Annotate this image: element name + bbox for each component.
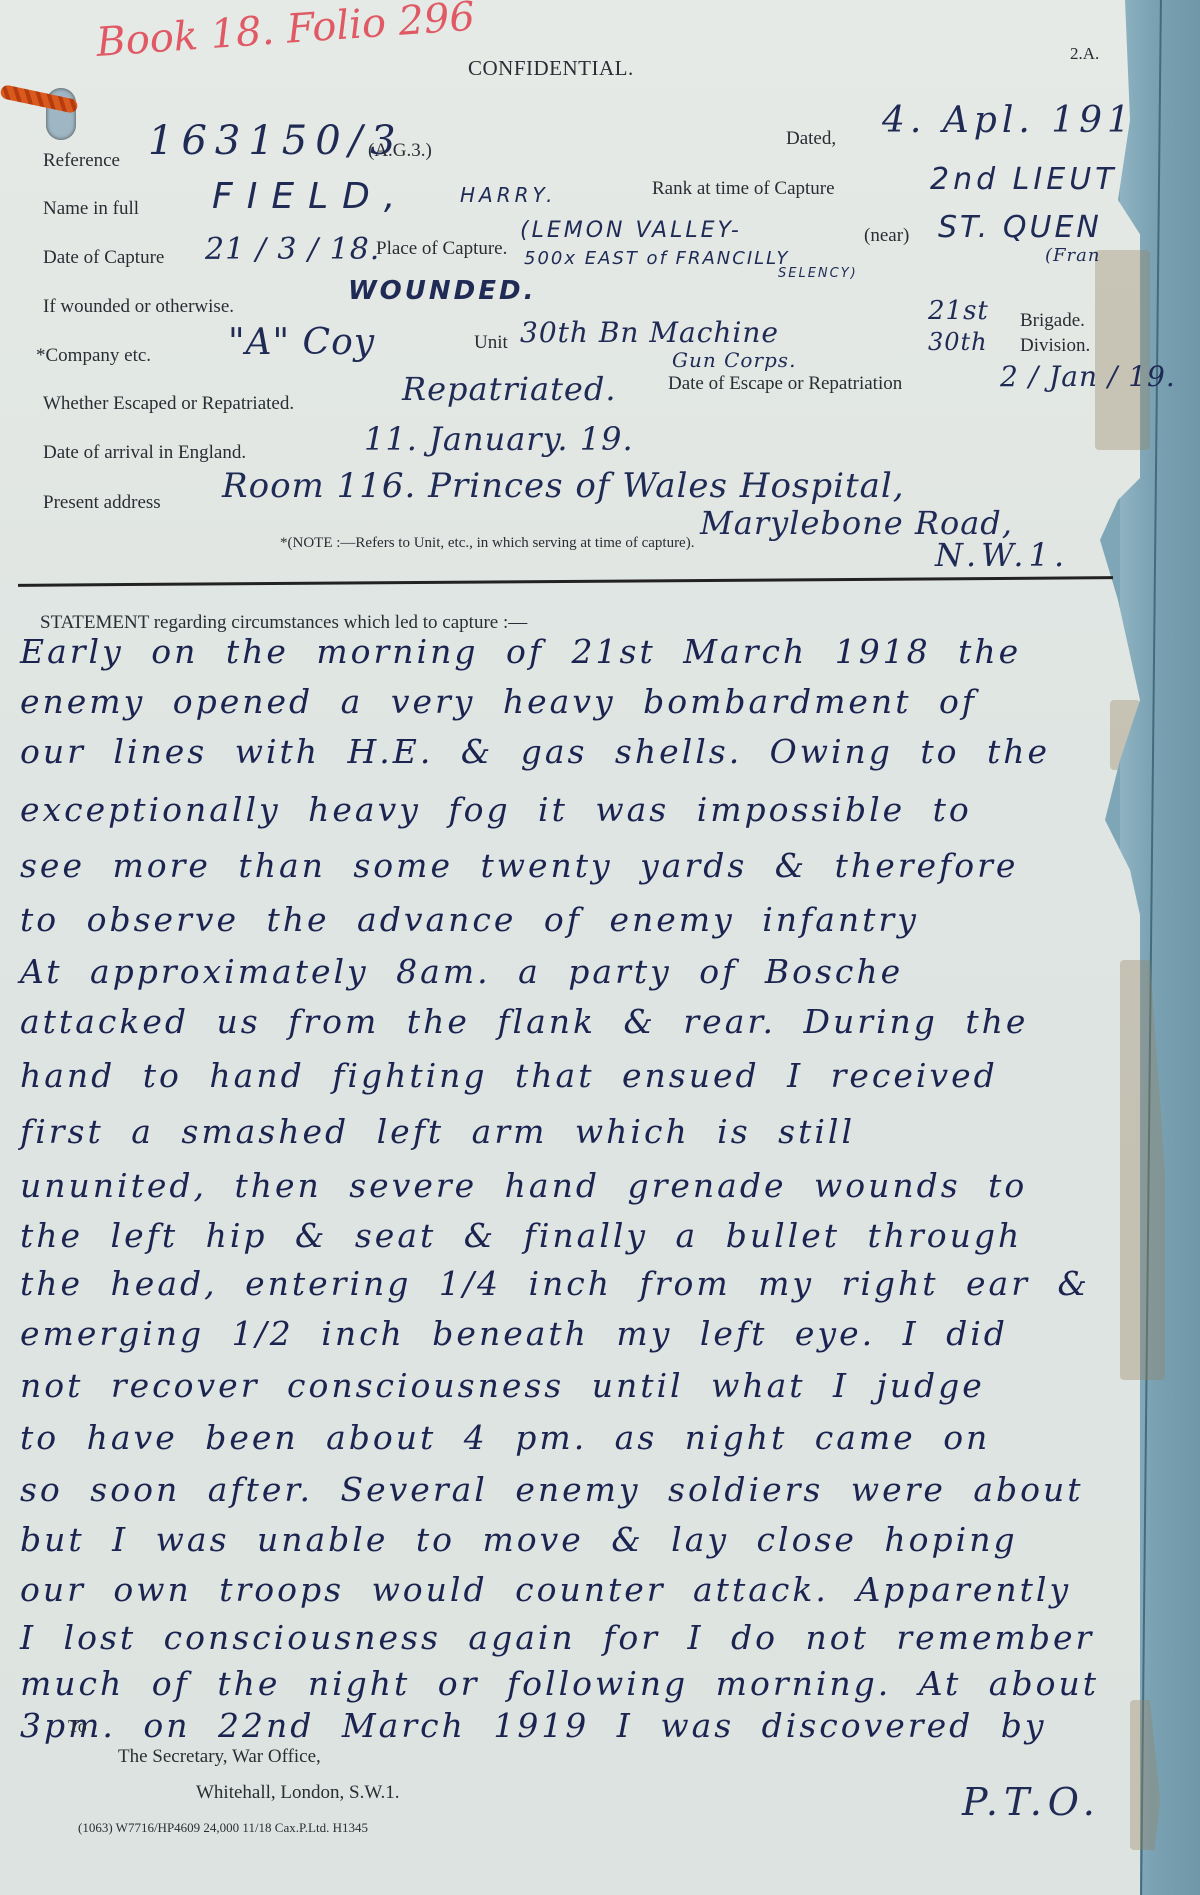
escaped-value: Repatriated.: [402, 370, 617, 408]
statement-line: so soon after. Several enemy soldiers we…: [20, 1470, 1084, 1509]
statement-line: hand to hand fighting that ensued I rece…: [20, 1056, 998, 1095]
statement-line: the head, entering 1/4 inch from my righ…: [20, 1264, 1090, 1303]
place-of-capture-label: Place of Capture.: [376, 238, 507, 260]
brigade-label: Brigade.: [1020, 310, 1085, 332]
name-label: Name in full: [43, 198, 139, 220]
near-value: ST. QUEN: [938, 210, 1102, 245]
reference-label: Reference: [43, 150, 120, 172]
escaped-label: Whether Escaped or Repatriated.: [43, 393, 294, 415]
wounded-value: WOUNDED.: [348, 276, 536, 306]
unit-line-1: 30th Bn Machine: [520, 316, 779, 349]
statement-line: Early on the morning of 21st March 1918 …: [20, 632, 1021, 671]
address-line-3: N.W.1.: [935, 536, 1069, 574]
statement-line: our lines with H.E. & gas shells. Owing …: [20, 732, 1050, 771]
statement-line: exceptionally heavy fog it was impossibl…: [20, 790, 972, 829]
statement-line: much of the night or following morning. …: [20, 1664, 1099, 1703]
address-label: Present address: [43, 492, 161, 514]
statement-line: 3pm. on 22nd March 1919 I was discovered…: [20, 1706, 1047, 1745]
arrival-label: Date of arrival in England.: [43, 442, 246, 464]
date-of-capture-label: Date of Capture: [43, 247, 164, 269]
reference-value: 163150/3: [148, 118, 404, 164]
near-label: (near): [864, 225, 909, 247]
statement-heading: STATEMENT regarding circumstances which …: [40, 612, 527, 634]
date-of-capture-value: 21 / 3 / 18.: [205, 232, 380, 267]
statement-line: see more than some twenty yards & theref…: [20, 846, 1018, 885]
reference-suffix: (A.G.3.): [368, 140, 432, 162]
statement-line: At approximately 8am. a party of Bosche: [20, 952, 903, 991]
place-line-3: SELENCY): [778, 266, 858, 281]
rank-value: 2nd LIEUT: [930, 162, 1117, 197]
statement-line: the left hip & seat & finally a bullet t…: [20, 1216, 1022, 1255]
statement-line: to have been about 4 pm. as night came o…: [20, 1418, 990, 1457]
statement-line: but I was unable to move & lay close hop…: [20, 1520, 1018, 1559]
division-label: Division.: [1020, 335, 1090, 357]
printer-code: (1063) W7716/HP4609 24,000 11/18 Cax.P.L…: [78, 1820, 368, 1836]
confidential-heading: CONFIDENTIAL.: [468, 56, 634, 81]
brigade-value: 21st: [928, 296, 989, 326]
statement-line: attacked us from the flank & rear. Durin…: [20, 1002, 1028, 1041]
document-page: [0, 0, 1140, 1895]
dated-value: 4. Apl. 191: [882, 100, 1135, 141]
company-label: *Company etc.: [36, 345, 151, 367]
statement-line: our own troops would counter attack. App…: [20, 1570, 1071, 1609]
surname-value: FIELD,: [212, 176, 409, 217]
footnote: *(NOTE :—Refers to Unit, etc., in which …: [280, 535, 694, 552]
date-escape-label: Date of Escape or Repatriation: [668, 373, 902, 395]
division-value: 30th: [928, 328, 988, 356]
statement-line: emerging 1/2 inch beneath my left eye. I…: [20, 1314, 1008, 1353]
to-label: To: [68, 1716, 87, 1737]
near-country: (Fran: [1045, 245, 1100, 266]
dated-label: Dated,: [786, 128, 836, 150]
statement-line: to observe the advance of enemy infantry: [20, 900, 919, 939]
please-turn-over: P.T.O.: [962, 1780, 1101, 1824]
statement-line: not recover consciousness until what I j…: [20, 1366, 985, 1405]
date-escape-value: 2 / Jan / 19.: [1000, 360, 1176, 393]
forename-value: HARRY.: [460, 183, 557, 207]
unit-line-2: Gun Corps.: [672, 348, 796, 372]
company-value: "A" Coy: [228, 322, 375, 363]
unit-label: Unit: [474, 332, 508, 354]
statement-line: ununited, then severe hand grenade wound…: [20, 1166, 1027, 1205]
form-code: 2.A.: [1070, 44, 1099, 64]
recipient-line-1: The Secretary, War Office,: [118, 1746, 321, 1768]
recipient-line-2: Whitehall, London, S.W.1.: [196, 1782, 400, 1804]
rank-label: Rank at time of Capture: [652, 178, 835, 200]
statement-line: enemy opened a very heavy bombardment of: [20, 682, 977, 721]
torn-edge-stain: [1095, 250, 1150, 450]
place-line-1: (LEMON VALLEY-: [520, 218, 742, 243]
address-line-1: Room 116. Princes of Wales Hospital,: [222, 466, 905, 506]
statement-line: first a smashed left arm which is still: [20, 1112, 855, 1151]
wounded-label: If wounded or otherwise.: [43, 296, 234, 318]
place-line-2: 500x EAST of FRANCILLY: [524, 248, 789, 269]
arrival-value: 11. January. 19.: [364, 420, 634, 458]
statement-line: I lost consciousness again for I do not …: [20, 1618, 1094, 1657]
